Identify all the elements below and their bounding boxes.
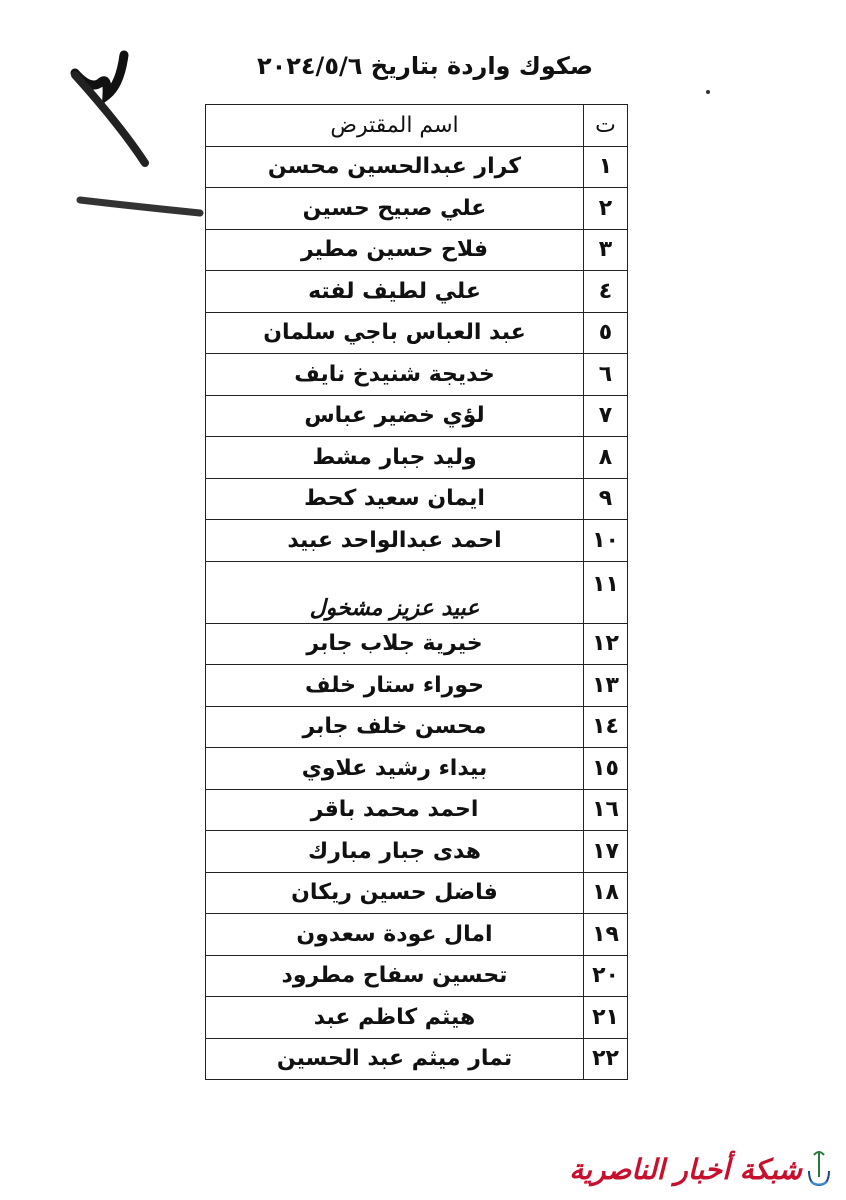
row-number: ٢٠	[584, 955, 628, 997]
row-number: ١٧	[584, 831, 628, 873]
table-row: ١٥بيداء رشيد علاوي	[206, 748, 628, 790]
row-number: ١	[584, 146, 628, 188]
borrower-name: لؤي خضير عباس	[206, 395, 584, 437]
table-row: ٩ايمان سعيد كحط	[206, 478, 628, 520]
table-row: ٥عبد العباس باجي سلمان	[206, 312, 628, 354]
table-row: ٦خديجة شنيدخ نايف	[206, 354, 628, 396]
row-number: ١٣	[584, 665, 628, 707]
row-number: ١٨	[584, 872, 628, 914]
table-row: ١٦احمد محمد باقر	[206, 789, 628, 831]
row-number: ١٤	[584, 706, 628, 748]
table-row: ٤علي لطيف لفته	[206, 271, 628, 313]
borrower-name: فاضل حسين ريكان	[206, 872, 584, 914]
borrower-name: عبيد عزيز مشخول	[206, 561, 584, 623]
row-number: ٣	[584, 229, 628, 271]
row-number: ٢١	[584, 997, 628, 1039]
table-row: ١٩امال عودة سعدون	[206, 914, 628, 956]
borrower-name: ايمان سعيد كحط	[206, 478, 584, 520]
table-row: ٢٠تحسين سفاح مطرود	[206, 955, 628, 997]
table-row: ٢٢تمار ميثم عبد الحسين	[206, 1038, 628, 1080]
borrower-name: عبد العباس باجي سلمان	[206, 312, 584, 354]
borrower-name: هدى جبار مبارك	[206, 831, 584, 873]
document-title: صكوك واردة بتاريخ ٢٠٢٤/٥/٦	[250, 52, 600, 80]
row-number: ٩	[584, 478, 628, 520]
row-number: ١٦	[584, 789, 628, 831]
handwritten-page-mark	[50, 45, 210, 225]
header-name: اسم المقترض	[206, 105, 584, 147]
watermark: شبكة أخبار الناصرية	[569, 1146, 832, 1192]
header-number: ت	[584, 105, 628, 147]
borrower-name: حوراء ستار خلف	[206, 665, 584, 707]
table-row: ٢١هيثم كاظم عبد	[206, 997, 628, 1039]
borrower-name: تمار ميثم عبد الحسين	[206, 1038, 584, 1080]
table-row: ١٨فاضل حسين ريكان	[206, 872, 628, 914]
borrower-name: خديجة شنيدخ نايف	[206, 354, 584, 396]
table-row: ١٣حوراء ستار خلف	[206, 665, 628, 707]
borrower-name: هيثم كاظم عبد	[206, 997, 584, 1039]
table-row: ١كرار عبدالحسين محسن	[206, 146, 628, 188]
watermark-text: شبكة أخبار الناصرية	[569, 1153, 802, 1186]
minaret-logo-icon	[806, 1149, 832, 1189]
borrower-name: علي لطيف لفته	[206, 271, 584, 313]
speck	[706, 90, 710, 94]
table-row: ١٢خيرية جلاب جابر	[206, 623, 628, 665]
borrower-name: محسن خلف جابر	[206, 706, 584, 748]
table-row: ٣فلاح حسين مطير	[206, 229, 628, 271]
row-number: ٧	[584, 395, 628, 437]
borrower-name: تحسين سفاح مطرود	[206, 955, 584, 997]
table-row: ٨وليد جبار مشط	[206, 437, 628, 479]
table-row: ١١عبيد عزيز مشخول	[206, 561, 628, 623]
borrower-name: خيرية جلاب جابر	[206, 623, 584, 665]
row-number: ١٢	[584, 623, 628, 665]
borrower-name: احمد عبدالواحد عبيد	[206, 520, 584, 562]
row-number: ١٩	[584, 914, 628, 956]
borrower-name: بيداء رشيد علاوي	[206, 748, 584, 790]
table-row: ٧لؤي خضير عباس	[206, 395, 628, 437]
borrower-name: فلاح حسين مطير	[206, 229, 584, 271]
borrowers-table: ت اسم المقترض ١كرار عبدالحسين محسن٢علي ص…	[205, 104, 628, 1080]
borrower-name: علي صبيح حسين	[206, 188, 584, 230]
borrower-name: وليد جبار مشط	[206, 437, 584, 479]
borrower-name: احمد محمد باقر	[206, 789, 584, 831]
borrower-name: امال عودة سعدون	[206, 914, 584, 956]
row-number: ٤	[584, 271, 628, 313]
row-number: ٥	[584, 312, 628, 354]
table-row: ٢علي صبيح حسين	[206, 188, 628, 230]
row-number: ٢٢	[584, 1038, 628, 1080]
row-number: ٢	[584, 188, 628, 230]
borrower-name: كرار عبدالحسين محسن	[206, 146, 584, 188]
row-number: ١١	[584, 561, 628, 623]
row-number: ٦	[584, 354, 628, 396]
table-row: ١٠احمد عبدالواحد عبيد	[206, 520, 628, 562]
table-row: ١٧هدى جبار مبارك	[206, 831, 628, 873]
table-header-row: ت اسم المقترض	[206, 105, 628, 147]
row-number: ١٥	[584, 748, 628, 790]
row-number: ١٠	[584, 520, 628, 562]
table-row: ١٤محسن خلف جابر	[206, 706, 628, 748]
row-number: ٨	[584, 437, 628, 479]
